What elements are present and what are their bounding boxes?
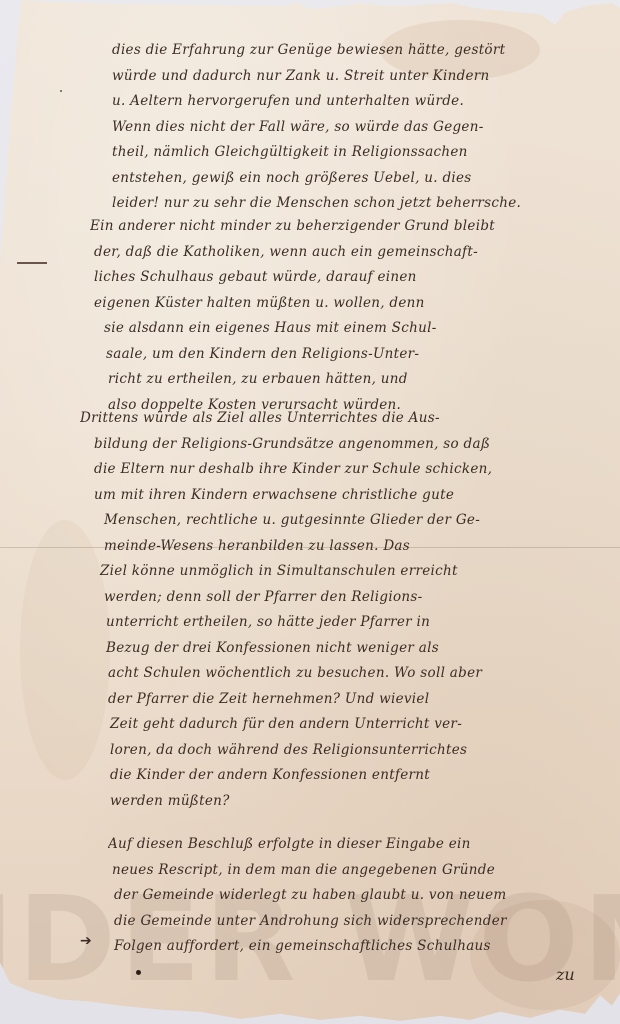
text-line: werden müßten?	[80, 789, 600, 815]
text-line: leider! nur zu sehr die Menschen schon j…	[112, 191, 602, 217]
manuscript-page: IDER WOMMER dies die Erfahrung zur Genüg…	[0, 0, 620, 1024]
text-line: Auf diesen Beschluß erfolgte in dieser E…	[108, 832, 608, 858]
text-line: entstehen, gewiß ein noch größeres Uebel…	[112, 166, 602, 192]
paragraph-3: Drittens würde als Ziel alles Unterricht…	[80, 406, 600, 814]
text-line: eigenen Küster halten müßten u. wollen, …	[90, 291, 600, 317]
text-line: meinde-Wesens heranbilden zu lassen. Das	[80, 534, 600, 560]
text-line: u. Aeltern hervorgerufen und unterhalten…	[112, 89, 602, 115]
text-line: Drittens würde als Ziel alles Unterricht…	[80, 406, 600, 432]
text-line: acht Schulen wöchentlich zu besuchen. Wo…	[80, 661, 600, 687]
paragraph-2: Ein anderer nicht minder zu beherzigende…	[90, 214, 600, 418]
text-line: unterricht ertheilen, so hätte jeder Pfa…	[80, 610, 600, 636]
text-line: Bezug der drei Konfessionen nicht wenige…	[80, 636, 600, 662]
text-line: der, daß die Katholiken, wenn auch ein g…	[90, 240, 600, 266]
text-line: Ein anderer nicht minder zu beherzigende…	[90, 214, 600, 240]
text-line: um mit ihren Kindern erwachsene christli…	[80, 483, 600, 509]
text-line: Wenn dies nicht der Fall wäre, so würde …	[112, 115, 602, 141]
text-line: die Kinder der andern Konfessionen entfe…	[80, 763, 600, 789]
text-line: liches Schulhaus gebaut würde, darauf ei…	[90, 265, 600, 291]
paragraph-4: Auf diesen Beschluß erfolgte in dieser E…	[108, 832, 608, 960]
text-line: saale, um den Kindern den Religions-Unte…	[90, 342, 600, 368]
text-line: bildung der Religions-Grundsätze angenom…	[80, 432, 600, 458]
text-line: sie alsdann ein eigenes Haus mit einem S…	[90, 316, 600, 342]
text-line: Menschen, rechtliche u. gutgesinnte Glie…	[80, 508, 600, 534]
text-line: neues Rescript, in dem man die angegeben…	[108, 858, 608, 884]
text-line: Ziel könne unmöglich in Simultanschulen …	[80, 559, 600, 585]
text-line: loren, da doch während des Religionsunte…	[80, 738, 600, 764]
catchword: zu	[556, 965, 575, 984]
text-line: die Gemeinde unter Androhung sich widers…	[108, 909, 608, 935]
ink-dot	[136, 970, 141, 975]
text-line: werden; denn soll der Pfarrer den Religi…	[80, 585, 600, 611]
paragraph-1: dies die Erfahrung zur Genüge bewiesen h…	[112, 38, 602, 217]
text-line: Folgen auffordert, ein gemeinschaftliche…	[108, 934, 608, 960]
margin-dash-mark	[17, 262, 47, 264]
text-line: theil, nämlich Gleichgültigkeit in Relig…	[112, 140, 602, 166]
text-line: Zeit geht dadurch für den andern Unterri…	[80, 712, 600, 738]
text-line: richt zu ertheilen, zu erbauen hätten, u…	[90, 367, 600, 393]
margin-arrow-mark: ➔	[80, 933, 92, 949]
text-line: würde und dadurch nur Zank u. Streit unt…	[112, 64, 602, 90]
ink-dot	[60, 90, 62, 92]
text-line: dies die Erfahrung zur Genüge bewiesen h…	[112, 38, 602, 64]
text-line: der Gemeinde widerlegt zu haben glaubt u…	[108, 883, 608, 909]
text-line: die Eltern nur deshalb ihre Kinder zur S…	[80, 457, 600, 483]
text-line: der Pfarrer die Zeit hernehmen? Und wiev…	[80, 687, 600, 713]
